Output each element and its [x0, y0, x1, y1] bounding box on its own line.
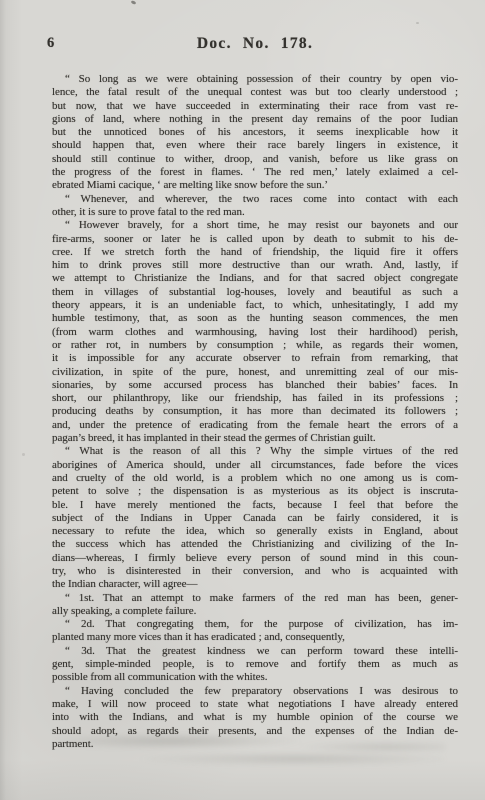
text-line: fire-arms, sooner or later he is called …: [52, 233, 458, 246]
text-line: the Indian character, will agree—: [52, 578, 458, 591]
text-line: short, our philanthropy, like our friend…: [52, 392, 458, 405]
text-line: them in villages of substantial log-hous…: [52, 286, 458, 299]
text-line: ble. I have merely mentioned the facts, …: [52, 499, 458, 512]
text-line: we attempt to Christianize the Indians, …: [52, 272, 458, 285]
scan-speck: [22, 453, 25, 456]
text-line: petent to solve ; the dispensation is as…: [52, 485, 458, 498]
text-line: “ Whenever, and wherever, the two races …: [52, 193, 458, 206]
text-line: dians—whereas, I firmly believe every pe…: [52, 552, 458, 565]
text-line: “ What is the reason of all this ? Why t…: [52, 445, 458, 458]
text-line: gent, simple-minded people, is to remove…: [52, 658, 458, 671]
show-through-smudge: [55, 726, 445, 786]
scanned-page: 6 Doc. No. 178. “ So long as we were obt…: [0, 0, 485, 800]
text-line: “ 1st. That an attempt to make farmers o…: [52, 592, 458, 605]
text-line: cree. If we stretch forth the hand of fr…: [52, 246, 458, 259]
text-line: ebrated Miami cacique, ‘ are melting lik…: [52, 179, 458, 192]
paragraph: “ 2d. That congregating them, for the pu…: [52, 618, 458, 645]
text-line: sionaries, by some accursed process has …: [52, 379, 458, 392]
text-line: make, I will now proceed to state what n…: [52, 698, 458, 711]
text-line: gions of land, where nothing in the pres…: [52, 113, 458, 126]
text-line: and, under the pretence of eradicating f…: [52, 419, 458, 432]
text-line: subject of the Indians in Upper Canada c…: [52, 512, 458, 525]
text-line: pagan’s breed, it has implanted in their…: [52, 432, 458, 445]
text-line: producing deaths by consumption, it has …: [52, 405, 458, 418]
text-line: aborigines of America should, under all …: [52, 459, 458, 472]
text-line: “ Having concluded the few preparatory o…: [52, 685, 458, 698]
text-line: “ So long as we were obtaining possessio…: [52, 73, 458, 86]
text-line: the progress of the forest in flames. ‘ …: [52, 166, 458, 179]
text-line: “ 3d. That the greatest kindness we can …: [52, 645, 458, 658]
scan-speck: [416, 22, 419, 24]
page-header: 6 Doc. No. 178.: [52, 35, 458, 55]
text-line: but now, that we have succeeded in exter…: [52, 100, 458, 113]
paragraph: “ So long as we were obtaining possessio…: [52, 73, 458, 193]
text-line: and cruelty of the old world, is a probl…: [52, 472, 458, 485]
paragraph: “ Whenever, and wherever, the two races …: [52, 193, 458, 220]
document-body: “ So long as we were obtaining possessio…: [52, 73, 458, 751]
text-line: planted many more vices than it has erad…: [52, 631, 458, 644]
text-line: or rather rot, in numbers by consumption…: [52, 339, 458, 352]
text-line: “ 2d. That congregating them, for the pu…: [52, 618, 458, 631]
text-line: civilization, in spite of the pure, hone…: [52, 366, 458, 379]
scan-speck: [131, 0, 137, 5]
text-line: should happen that, even where their rac…: [52, 139, 458, 152]
text-line: other, it is sure to prove fatal to the …: [52, 206, 458, 219]
doc-title: Doc. No. 178.: [52, 35, 458, 53]
text-line: “ However bravely, for a short time, he …: [52, 219, 458, 232]
text-line: necessary to refute the idea, which so g…: [52, 525, 458, 538]
text-line: should still continue to wither, droop, …: [52, 153, 458, 166]
text-line: (from warm clothes and warmhousing, havi…: [52, 326, 458, 339]
paragraph: “ What is the reason of all this ? Why t…: [52, 445, 458, 591]
text-line: possible from all communication with the…: [52, 671, 458, 684]
text-line: lence, the fatal result of the unequal c…: [52, 86, 458, 99]
text-line: ally speaking, a complete failure.: [52, 605, 458, 618]
text-line: theory appears, it is an undeniable fact…: [52, 299, 458, 312]
paragraph: “ 3d. That the greatest kindness we can …: [52, 645, 458, 685]
paragraph: “ 1st. That an attempt to make farmers o…: [52, 592, 458, 619]
text-line: but the unnoticed bones of his ancestors…: [52, 126, 458, 139]
paragraph: “ However bravely, for a short time, he …: [52, 219, 458, 445]
text-line: him to drink proves still more destructi…: [52, 259, 458, 272]
text-line: the success which has attended the Chris…: [52, 538, 458, 551]
text-line: humble testimony, that, as soon as the h…: [52, 312, 458, 325]
text-line: it is impossible for any accurate observ…: [52, 352, 458, 365]
text-line: into with the Indians, and what is my hu…: [52, 711, 458, 724]
text-line: try, who is disinterested in their conve…: [52, 565, 458, 578]
